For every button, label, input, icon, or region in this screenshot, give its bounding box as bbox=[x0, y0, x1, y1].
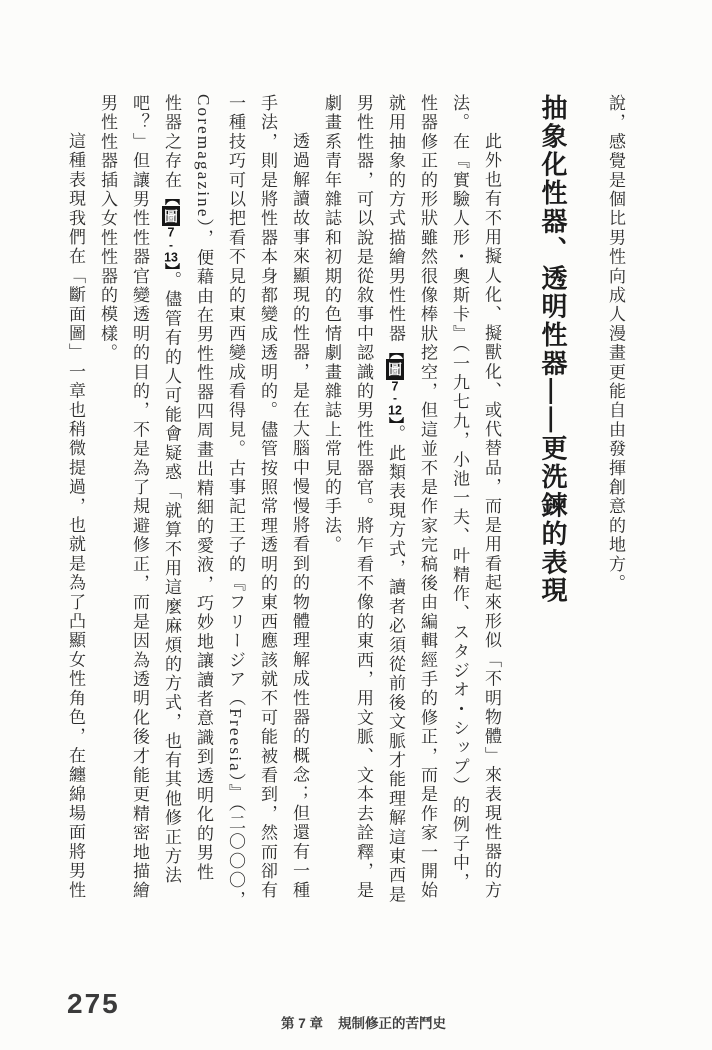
text-column: 性器修正的形狀雖然很像棒狀挖空，但這並不是作家完稿後由編輯經手的修正，而是作家一… bbox=[411, 94, 443, 904]
chapter-title: 規制修正的苦鬥史 bbox=[338, 1016, 446, 1031]
text-column: 透過解讀故事來顯現的性器，是在大腦中慢慢將看到的物體理解成性器的概念；但還有一種 bbox=[283, 94, 315, 904]
text-column: 此外也有不用擬人化、擬獸化、或代替品，而是用看起來形似「不明物體」來表現性器的方 bbox=[475, 94, 507, 904]
figure-ref-marker: 【圖7-12】 bbox=[386, 344, 405, 425]
running-footer: 第 7 章規制修正的苦鬥史 bbox=[266, 997, 446, 1047]
text-column: 男性性器，可以說是從敘事中認識的男性性器官。將乍看不像的東西，用文脈、文本去詮釋… bbox=[347, 94, 379, 904]
article-text-area: 說，感覺是個比男性向成人漫畫更能自由發揮創意的地方。 抽象化性器、透明性器——更… bbox=[59, 94, 631, 904]
text-column: 一種技巧可以把看不見的東西變成看得見。古事記王子的『フリージア（Freesia）… bbox=[219, 94, 251, 904]
book-page: 說，感覺是個比男性向成人漫畫更能自由發揮創意的地方。 抽象化性器、透明性器——更… bbox=[0, 0, 712, 1050]
figure-icon: 圖 bbox=[386, 359, 404, 380]
section-heading: 抽象化性器、透明性器——更洗鍊的表現 bbox=[538, 94, 568, 904]
text-column: 男性性器插入女性性器的模樣。 bbox=[91, 94, 123, 904]
text-column: 說，感覺是個比男性向成人漫畫更能自由發揮創意的地方。 bbox=[599, 94, 631, 904]
text-column: 就用抽象的方式描繪男性性器【圖7-12】。此類表現方式，讀者必須從前後文脈才能理… bbox=[379, 94, 411, 904]
figure-icon: 圖 bbox=[162, 206, 180, 227]
text-column: Coremagazine），便藉由在男性性器四周畫出精細的愛液，巧妙地讓讀者意識… bbox=[187, 94, 219, 904]
text-column: 性器之存在【圖7-13】。儘管有的人可能會疑惑「就算不用這麼麻煩的方式，也有其他… bbox=[155, 94, 187, 904]
chapter-label: 第 7 章 bbox=[281, 1016, 323, 1031]
text-column: 這種表現我們在「斷面圖」一章也稍微提過，也就是為了凸顯女性角色，在纏綿場面將男性 bbox=[59, 94, 91, 904]
text-column: 吧？」但讓男性性器官變透明的目的，不是為了規避修正，而是因為透明化後才能更精密地… bbox=[123, 94, 155, 904]
text-column: 法。在『實驗人形・奧斯卡』（一九七九，小池一夫、叶精作、スタジオ・シップ）的例子… bbox=[443, 94, 475, 904]
page-number: 275 bbox=[67, 988, 120, 1020]
text-column: 劇畫系青年雜誌和初期的色情劇畫雜誌上常見的手法。 bbox=[315, 94, 347, 904]
figure-ref-marker: 【圖7-13】 bbox=[162, 190, 181, 271]
text-column: 手法，則是將性器本身都變成透明的。儘管按照常理透明的東西應該就不可能被看到，然而… bbox=[251, 94, 283, 904]
